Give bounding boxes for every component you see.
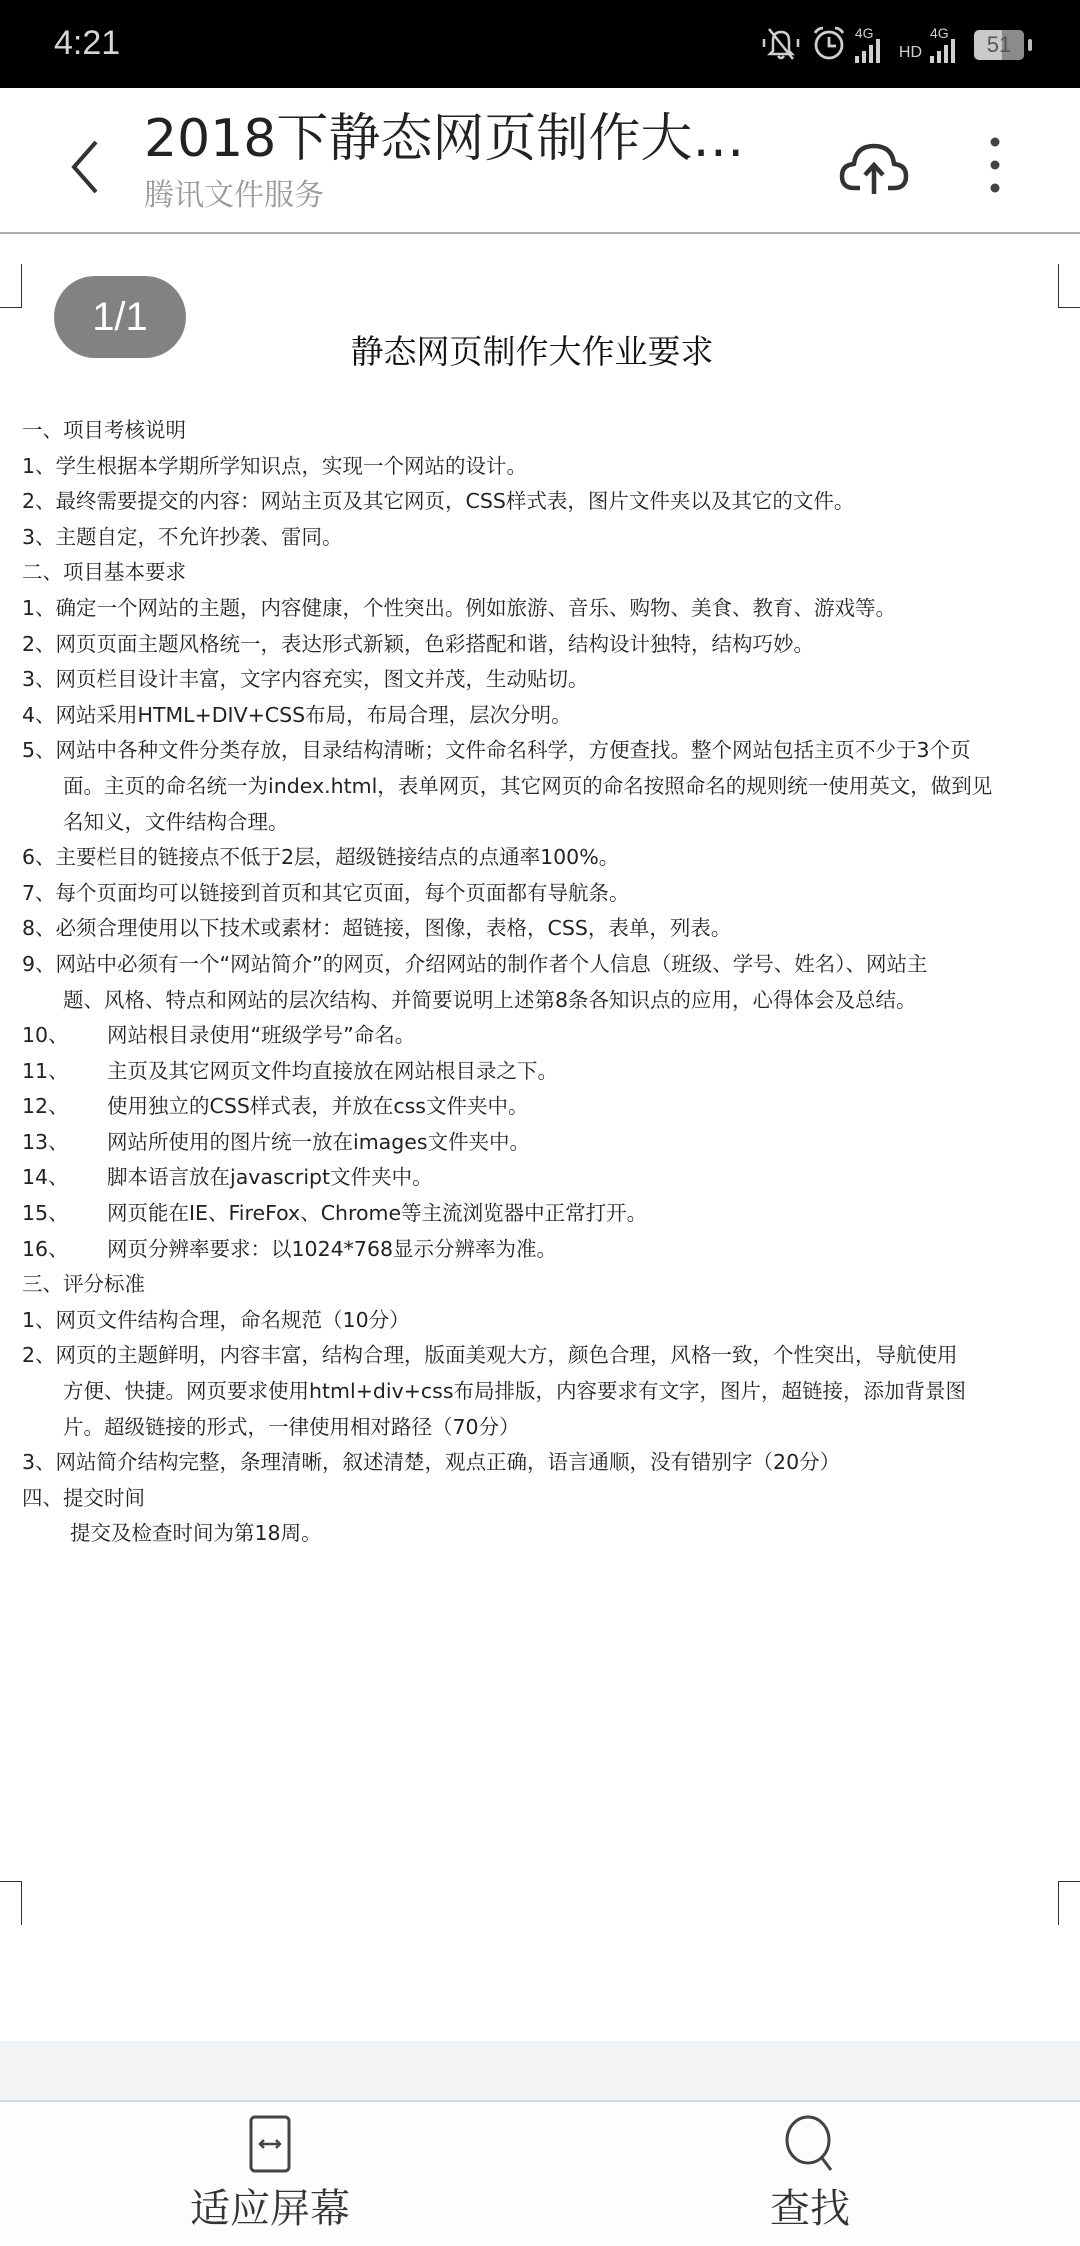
item-text: 三、评分标准	[22, 1272, 145, 1296]
item-number: 13、	[22, 1125, 107, 1161]
hd-icon: HD	[899, 44, 922, 62]
list-item: 2、网页页面主题风格统一，表达形式新颖，色彩搭配和谐，结构设计独特，结构巧妙。	[22, 627, 1062, 663]
item-number: 3、	[22, 520, 56, 556]
list-item: 14、脚本语言放在javascript文件夹中。	[22, 1160, 1062, 1196]
item-text: 确定一个网站的主题，内容健康，个性突出。例如旅游、音乐、购物、美食、教育、游戏等…	[56, 596, 897, 620]
list-item: 2、最终需要提交的内容：网站主页及其它网页，CSS样式表，图片文件夹以及其它的文…	[22, 484, 1062, 520]
search-icon	[782, 2114, 838, 2174]
item-text: 最终需要提交的内容：网站主页及其它网页，CSS样式表，图片文件夹以及其它的文件。	[56, 489, 855, 513]
battery-percent: 51	[987, 32, 1011, 58]
item-text: 提交及检查时间为第18周。	[70, 1521, 322, 1545]
list-item: 2、网页的主题鲜明，内容丰富，结构合理，版面美观大方，颜色合理，风格一致，个性突…	[22, 1338, 1062, 1374]
list-item-continuation: 面。主页的命名统一为index.html，表单网页，其它网页的命名按照命名的规则…	[22, 769, 1062, 805]
list-item: 5、网站中各种文件分类存放，目录结构清晰；文件命名科学，方便查找。整个网站包括主…	[22, 733, 1062, 769]
list-item: 1、确定一个网站的主题，内容健康，个性突出。例如旅游、音乐、购物、美食、教育、游…	[22, 591, 1062, 627]
item-text: 网页文件结构合理，命名规范（10分）	[56, 1308, 410, 1332]
fit-width-icon	[248, 2114, 292, 2174]
list-item-continuation: 片。超级链接的形式，一律使用相对路径（70分）	[22, 1410, 1062, 1446]
item-text: 题、风格、特点和网站的层次结构、并简要说明上述第8条各知识点的应用，心得体会及总…	[63, 988, 917, 1012]
cloud-upload-button[interactable]	[838, 132, 910, 204]
item-number: 8、	[22, 911, 56, 947]
item-text: 每个页面均可以链接到首页和其它页面，每个页面都有导航条。	[56, 881, 630, 905]
vibrate-mute-icon	[759, 23, 803, 67]
page-corner-mark	[0, 264, 22, 308]
item-text: 方便、快捷。网页要求使用html+div+css布局排版，内容要求有文字，图片，…	[63, 1379, 966, 1403]
document-source: 腾讯文件服务	[144, 176, 324, 216]
page-corner-mark	[1058, 1881, 1080, 1925]
back-button[interactable]	[62, 132, 112, 202]
list-item-continuation: 名知义，文件结构合理。	[22, 805, 1062, 841]
list-item: 1、网页文件结构合理，命名规范（10分）	[22, 1303, 1062, 1339]
list-item: 16、网页分辨率要求：以1024*768显示分辨率为准。	[22, 1232, 1062, 1268]
page-gap	[0, 2041, 1080, 2102]
list-item: 15、网页能在IE、FireFox、Chrome等主流浏览器中正常打开。	[22, 1196, 1062, 1232]
fit-screen-label: 适应屏幕	[190, 2184, 350, 2234]
item-text: 网页能在IE、FireFox、Chrome等主流浏览器中正常打开。	[107, 1201, 647, 1225]
document-title: 2018下静态网页制作大作业要求	[144, 108, 794, 170]
battery-icon: 51	[974, 30, 1024, 60]
item-number: 1、	[22, 1303, 56, 1339]
find-label: 查找	[770, 2184, 850, 2234]
item-text: 一、项目考核说明	[22, 418, 186, 442]
status-bar: 4:21	[0, 0, 1080, 88]
item-text: 网站所使用的图片统一放在images文件夹中。	[107, 1130, 530, 1154]
list-item: 4、网站采用HTML+DIV+CSS布局，布局合理，层次分明。	[22, 698, 1062, 734]
find-button[interactable]: 查找	[680, 2103, 940, 2246]
item-number: 16、	[22, 1232, 107, 1268]
list-item: 3、主题自定，不允许抄袭、雷同。	[22, 520, 1062, 556]
item-text: 主页及其它网页文件均直接放在网站根目录之下。	[107, 1059, 558, 1083]
item-text: 使用独立的CSS样式表，并放在css文件夹中。	[107, 1094, 528, 1118]
item-number: 14、	[22, 1160, 107, 1196]
status-time: 4:21	[54, 24, 120, 63]
list-item-continuation: 题、风格、特点和网站的层次结构、并简要说明上述第8条各知识点的应用，心得体会及总…	[22, 983, 1062, 1019]
item-number: 11、	[22, 1054, 107, 1090]
item-number: 4、	[22, 698, 56, 734]
signal-4g-icon: 4G	[930, 25, 966, 65]
item-text: 面。主页的命名统一为index.html，表单网页，其它网页的命名按照命名的规则…	[63, 774, 992, 798]
item-number: 2、	[22, 627, 56, 663]
item-text: 片。超级链接的形式，一律使用相对路径（70分）	[63, 1415, 520, 1439]
section-heading: 一、项目考核说明	[22, 413, 1062, 449]
list-item: 1、学生根据本学期所学知识点，实现一个网站的设计。	[22, 449, 1062, 485]
page-corner-mark	[1058, 264, 1080, 308]
item-number: 1、	[22, 591, 56, 627]
item-text: 四、提交时间	[22, 1486, 145, 1510]
document-viewer[interactable]: 1/1 静态网页制作大作业要求 一、项目考核说明1、学生根据本学期所学知识点，实…	[0, 236, 1080, 2041]
item-number: 2、	[22, 484, 56, 520]
list-item: 9、网站中必须有一个“网站简介”的网页，介绍网站的制作者个人信息（班级、学号、姓…	[22, 947, 1062, 983]
item-text: 网站采用HTML+DIV+CSS布局，布局合理，层次分明。	[56, 703, 572, 727]
bottom-toolbar: 适应屏幕 查找	[0, 2103, 1080, 2246]
page-corner-mark	[0, 1881, 22, 1925]
item-text: 学生根据本学期所学知识点，实现一个网站的设计。	[56, 454, 528, 478]
item-text: 网站根目录使用“班级学号”命名。	[107, 1023, 415, 1047]
item-number: 3、	[22, 662, 56, 698]
list-item-continuation: 方便、快捷。网页要求使用html+div+css布局排版，内容要求有文字，图片，…	[22, 1374, 1062, 1410]
cloud-upload-icon	[838, 132, 910, 204]
list-item: 12、使用独立的CSS样式表，并放在css文件夹中。	[22, 1089, 1062, 1125]
list-item: 3、网站简介结构完整，条理清晰，叙述清楚，观点正确，语言通顺，没有错别字（20分…	[22, 1445, 1062, 1481]
list-item: 8、必须合理使用以下技术或素材：超链接，图像，表格，CSS，表单，列表。	[22, 911, 1062, 947]
chevron-left-icon	[62, 132, 112, 202]
item-number: 9、	[22, 947, 56, 983]
item-text: 网站中各种文件分类存放，目录结构清晰；文件命名科学，方便查找。整个网站包括主页不…	[56, 738, 971, 762]
item-text: 网站简介结构完整，条理清晰，叙述清楚，观点正确，语言通顺，没有错别字（20分）	[56, 1450, 841, 1474]
item-text: 网页分辨率要求：以1024*768显示分辨率为准。	[107, 1237, 557, 1261]
item-text: 二、项目基本要求	[22, 560, 186, 584]
item-number: 2、	[22, 1338, 56, 1374]
section-heading: 四、提交时间	[22, 1481, 1062, 1517]
item-text: 主要栏目的链接点不低于2层，超级链接结点的点通率100%。	[56, 845, 620, 869]
item-text: 名知义，文件结构合理。	[63, 810, 289, 834]
section-heading: 二、项目基本要求	[22, 555, 1062, 591]
item-number: 6、	[22, 840, 56, 876]
list-item: 3、网页栏目设计丰富，文字内容充实，图文并茂，生动贴切。	[22, 662, 1062, 698]
list-item: 7、每个页面均可以链接到首页和其它页面，每个页面都有导航条。	[22, 876, 1062, 912]
doc-heading: 静态网页制作大作业要求	[0, 326, 1064, 373]
item-number: 5、	[22, 733, 56, 769]
signal-4g-icon: 4G	[855, 25, 891, 65]
battery-tip	[1028, 39, 1032, 51]
alarm-icon	[811, 23, 847, 67]
section-heading: 三、评分标准	[22, 1267, 1062, 1303]
item-text: 网页页面主题风格统一，表达形式新颖，色彩搭配和谐，结构设计独特，结构巧妙。	[56, 632, 815, 656]
document-body: 一、项目考核说明1、学生根据本学期所学知识点，实现一个网站的设计。2、最终需要提…	[22, 413, 1062, 1552]
item-text: 主题自定，不允许抄袭、雷同。	[56, 525, 343, 549]
item-number: 12、	[22, 1089, 107, 1125]
more-vertical-icon	[975, 128, 1015, 208]
list-item: 10、网站根目录使用“班级学号”命名。	[22, 1018, 1062, 1054]
status-icons: 4G HD 4G 51	[759, 20, 1032, 70]
list-item: 13、网站所使用的图片统一放在images文件夹中。	[22, 1125, 1062, 1161]
more-options-button[interactable]	[975, 128, 1015, 208]
item-text: 脚本语言放在javascript文件夹中。	[107, 1165, 433, 1189]
item-text: 网页的主题鲜明，内容丰富，结构合理，版面美观大方，颜色合理，风格一致，个性突出，…	[56, 1343, 958, 1367]
list-item: 11、主页及其它网页文件均直接放在网站根目录之下。	[22, 1054, 1062, 1090]
list-item: 6、主要栏目的链接点不低于2层，超级链接结点的点通率100%。	[22, 840, 1062, 876]
app-bar: 2018下静态网页制作大作业要求 腾讯文件服务	[0, 88, 1080, 234]
item-number: 15、	[22, 1196, 107, 1232]
item-text: 必须合理使用以下技术或素材：超链接，图像，表格，CSS，表单，列表。	[56, 916, 732, 940]
item-text: 网站中必须有一个“网站简介”的网页，介绍网站的制作者个人信息（班级、学号、姓名）…	[56, 952, 928, 976]
item-number: 3、	[22, 1445, 56, 1481]
fit-screen-button[interactable]: 适应屏幕	[140, 2103, 400, 2246]
paragraph: 提交及检查时间为第18周。	[22, 1516, 1062, 1552]
item-text: 网页栏目设计丰富，文字内容充实，图文并茂，生动贴切。	[56, 667, 589, 691]
item-number: 1、	[22, 449, 56, 485]
item-number: 10、	[22, 1018, 107, 1054]
item-number: 7、	[22, 876, 56, 912]
